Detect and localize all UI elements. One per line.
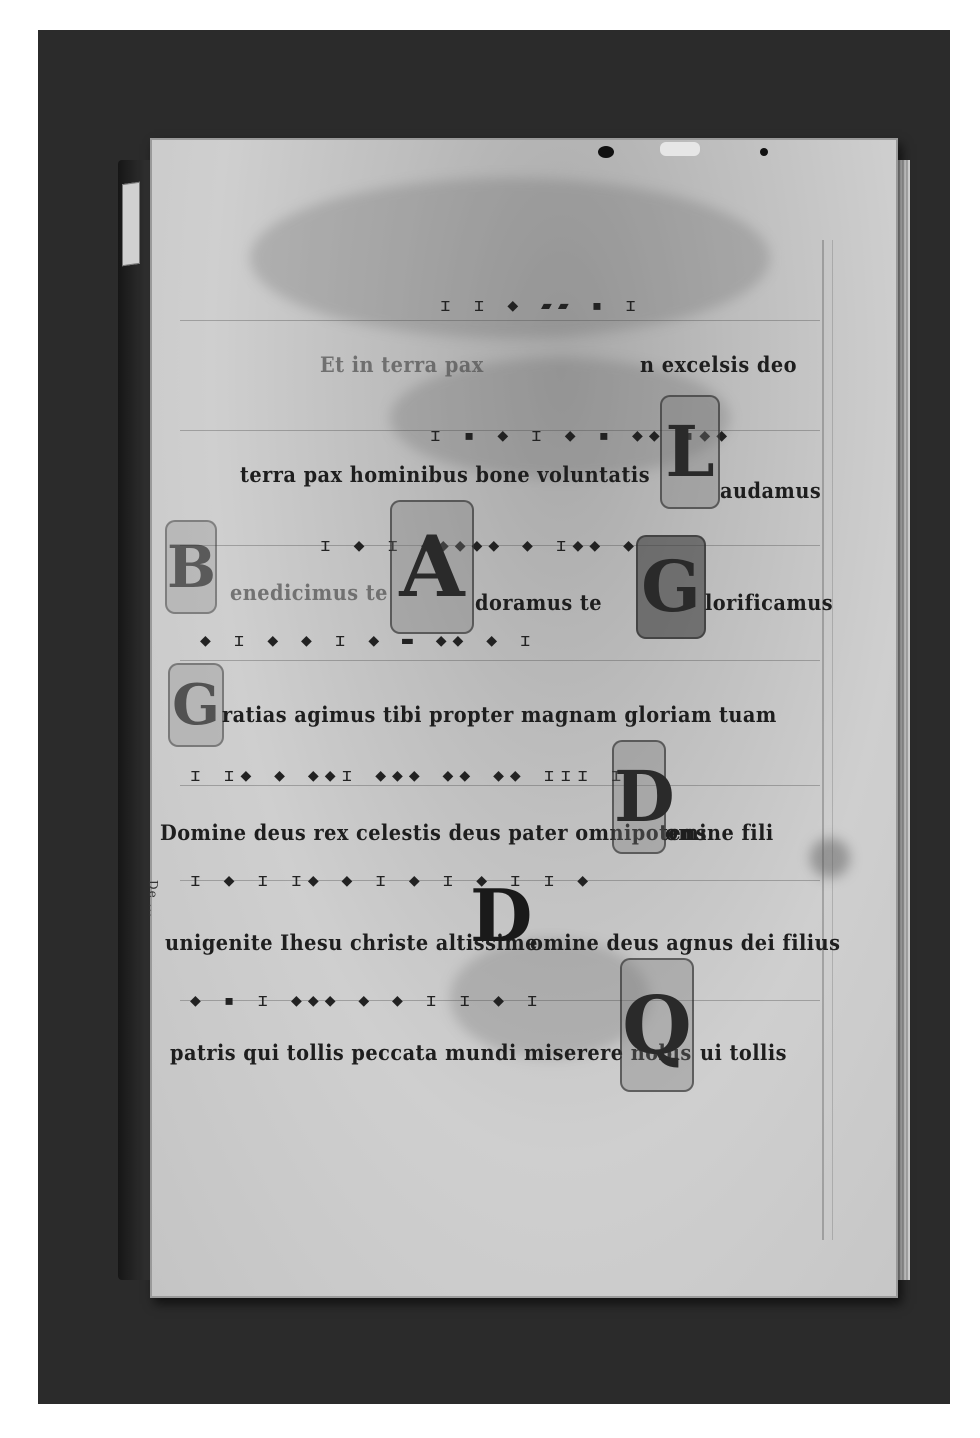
staff-line <box>180 320 820 321</box>
page-tear <box>660 142 700 156</box>
initial-L: L <box>660 395 720 509</box>
text-line-6-continuation: omine deus agnus dei filius <box>530 930 840 955</box>
text-line-2-continuation: audamus <box>720 478 821 503</box>
text-line-1-faded: Et in terra pax <box>320 352 484 377</box>
text-line-4: ratias agimus tibi propter magnam gloria… <box>222 702 777 727</box>
neumes: ɪ ◆ ɪ ɪ◆ ◆ ɪ ◆ ɪ ◆ ɪ ɪ ◆ <box>190 870 594 891</box>
initial-G: G <box>636 535 706 639</box>
initial-G2: G <box>168 663 224 747</box>
neumes: ɪ ɪ◆ ◆ ◆◆ɪ ◆◆◆ ◆◆ ◆◆ ɪɪɪ ɪ <box>190 765 628 786</box>
neumes: ◆ ɪ ◆ ◆ ɪ ◆ ▬ ◆◆ ◆ ɪ <box>200 630 537 651</box>
page-hole <box>760 148 768 156</box>
spine-label <box>122 182 140 267</box>
ruling-line <box>822 240 824 1240</box>
text-line-1: n excelsis deo <box>640 352 797 377</box>
initial-D: D <box>612 740 666 854</box>
initial-Q: Q <box>620 958 694 1092</box>
initial-A: A <box>390 500 474 634</box>
text-line-2: terra pax hominibus bone voluntatis <box>240 462 650 487</box>
text-line-7: patris qui tollis peccata mundi miserere… <box>170 1040 692 1065</box>
text-line-5-continuation: omine fili <box>665 820 774 845</box>
neumes: ɪ ɪ ◆ ▰▰ ▪ ɪ <box>440 295 642 316</box>
staff-line <box>180 660 820 661</box>
spine-annotation: De ... <box>146 880 160 918</box>
text-line-3b: doramus te <box>475 590 602 615</box>
neumes: ◆ ▪ ɪ ◆◆◆ ◆ ◆ ɪ ɪ ◆ ɪ <box>190 990 544 1011</box>
neumes: ɪ ◆ ɪ ◆◆◆◆◆ ◆ ɪ◆◆ ◆ <box>320 535 640 556</box>
text-line-3c: lorificamus <box>705 590 833 615</box>
text-line-3a: enedicimus te <box>230 580 388 605</box>
initial-B: B <box>165 520 217 614</box>
ruling-line <box>832 240 833 1240</box>
initial-D2: D <box>470 868 528 963</box>
text-line-7-continuation: ui tollis <box>700 1040 787 1065</box>
page-hole <box>598 146 614 158</box>
stain-spot <box>810 838 850 878</box>
